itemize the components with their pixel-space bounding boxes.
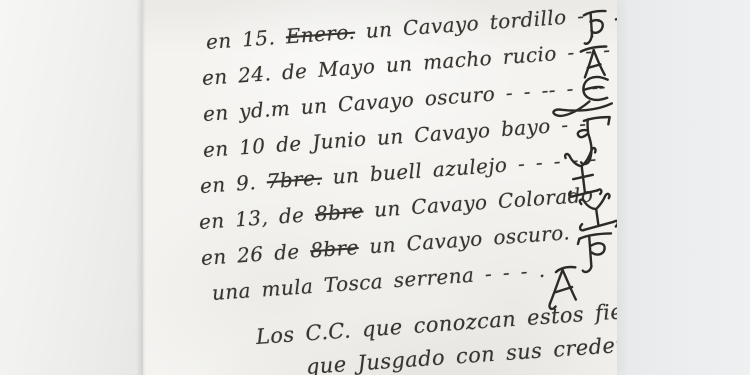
line-text: en 9. [199, 169, 267, 198]
line-text: una mula Tosca serrena [211, 262, 486, 305]
line-text: en 26 de [200, 238, 311, 270]
brand-mark-A-flourish-icon [537, 258, 594, 316]
line-text: un Cavayo Colorado [363, 182, 594, 222]
line-text: un buell azulejo - - - - - [321, 146, 597, 189]
struck-word: 8bre [314, 199, 364, 226]
line-text: en 13, de [198, 202, 316, 234]
line-text: en 15. [205, 24, 287, 54]
background-right-blur [617, 0, 750, 375]
struck-word: 8bre [309, 235, 359, 262]
struck-word: Enero. [285, 20, 356, 49]
manuscript-page: en 15. Enero. un Cavayo tordillo - . . .… [143, 0, 617, 375]
line-text: un Cavayo oscuro. [358, 220, 571, 259]
background-left-blur [0, 0, 143, 375]
paper-edge-shadow [136, 0, 146, 375]
struck-word: 7bre. [266, 166, 323, 194]
manuscript-photo: en 15. Enero. un Cavayo tordillo - . . .… [0, 0, 750, 375]
